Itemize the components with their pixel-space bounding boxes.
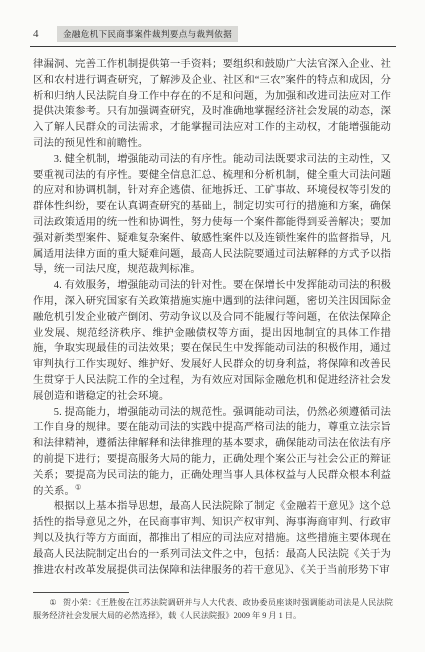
header-rule [30, 46, 396, 47]
book-page: 4 金融危机下民商事案件裁判要点与裁判依据 律漏洞、完善工作机制提供第一手资料；… [0, 0, 425, 652]
page-body: 律漏洞、完善工作机制提供第一手资料；要组织和鼓励广大法官深入企业、社区和农村进行… [33, 57, 391, 578]
paragraph: 4. 有效服务，增强能动司法的针对性。要在保增长中发挥能动司法的积极作用，深入研… [33, 278, 391, 404]
paragraph: 律漏洞、完善工作机制提供第一手资料；要组织和鼓励广大法官深入企业、社区和农村进行… [33, 57, 391, 152]
paragraph: 根据以上基本指导思想，最高人民法院除了制定《金融若干意见》这个总括性的指导意见之… [33, 499, 391, 578]
paragraph: 5. 提高能力，增强能动司法的规范性。强调能动司法，仍然必须遵循司法工作自身的规… [33, 405, 391, 500]
footnote-marker: ① [49, 598, 57, 607]
footnote: ①贺小荣：《王胜俊在江苏法院调研并与人大代表、政协委员座谈时强调能动司法是人民法… [33, 597, 393, 623]
page-number: 4 [33, 28, 57, 40]
footnote-ref: ① [75, 483, 81, 491]
footnote-separator [33, 592, 129, 593]
running-title: 金融危机下民商事案件裁判要点与裁判依据 [57, 26, 238, 42]
footnote-text: 贺小荣：《王胜俊在江苏法院调研并与人大代表、政协委员座谈时强调能动司法是人民法院… [33, 598, 393, 620]
paragraph: 3. 健全机制，增强能动司法的有序性。能动司法既要求司法的主动性，又要重视司法的… [33, 152, 391, 278]
page-header: 4 金融危机下民商事案件裁判要点与裁判依据 [33, 26, 395, 42]
